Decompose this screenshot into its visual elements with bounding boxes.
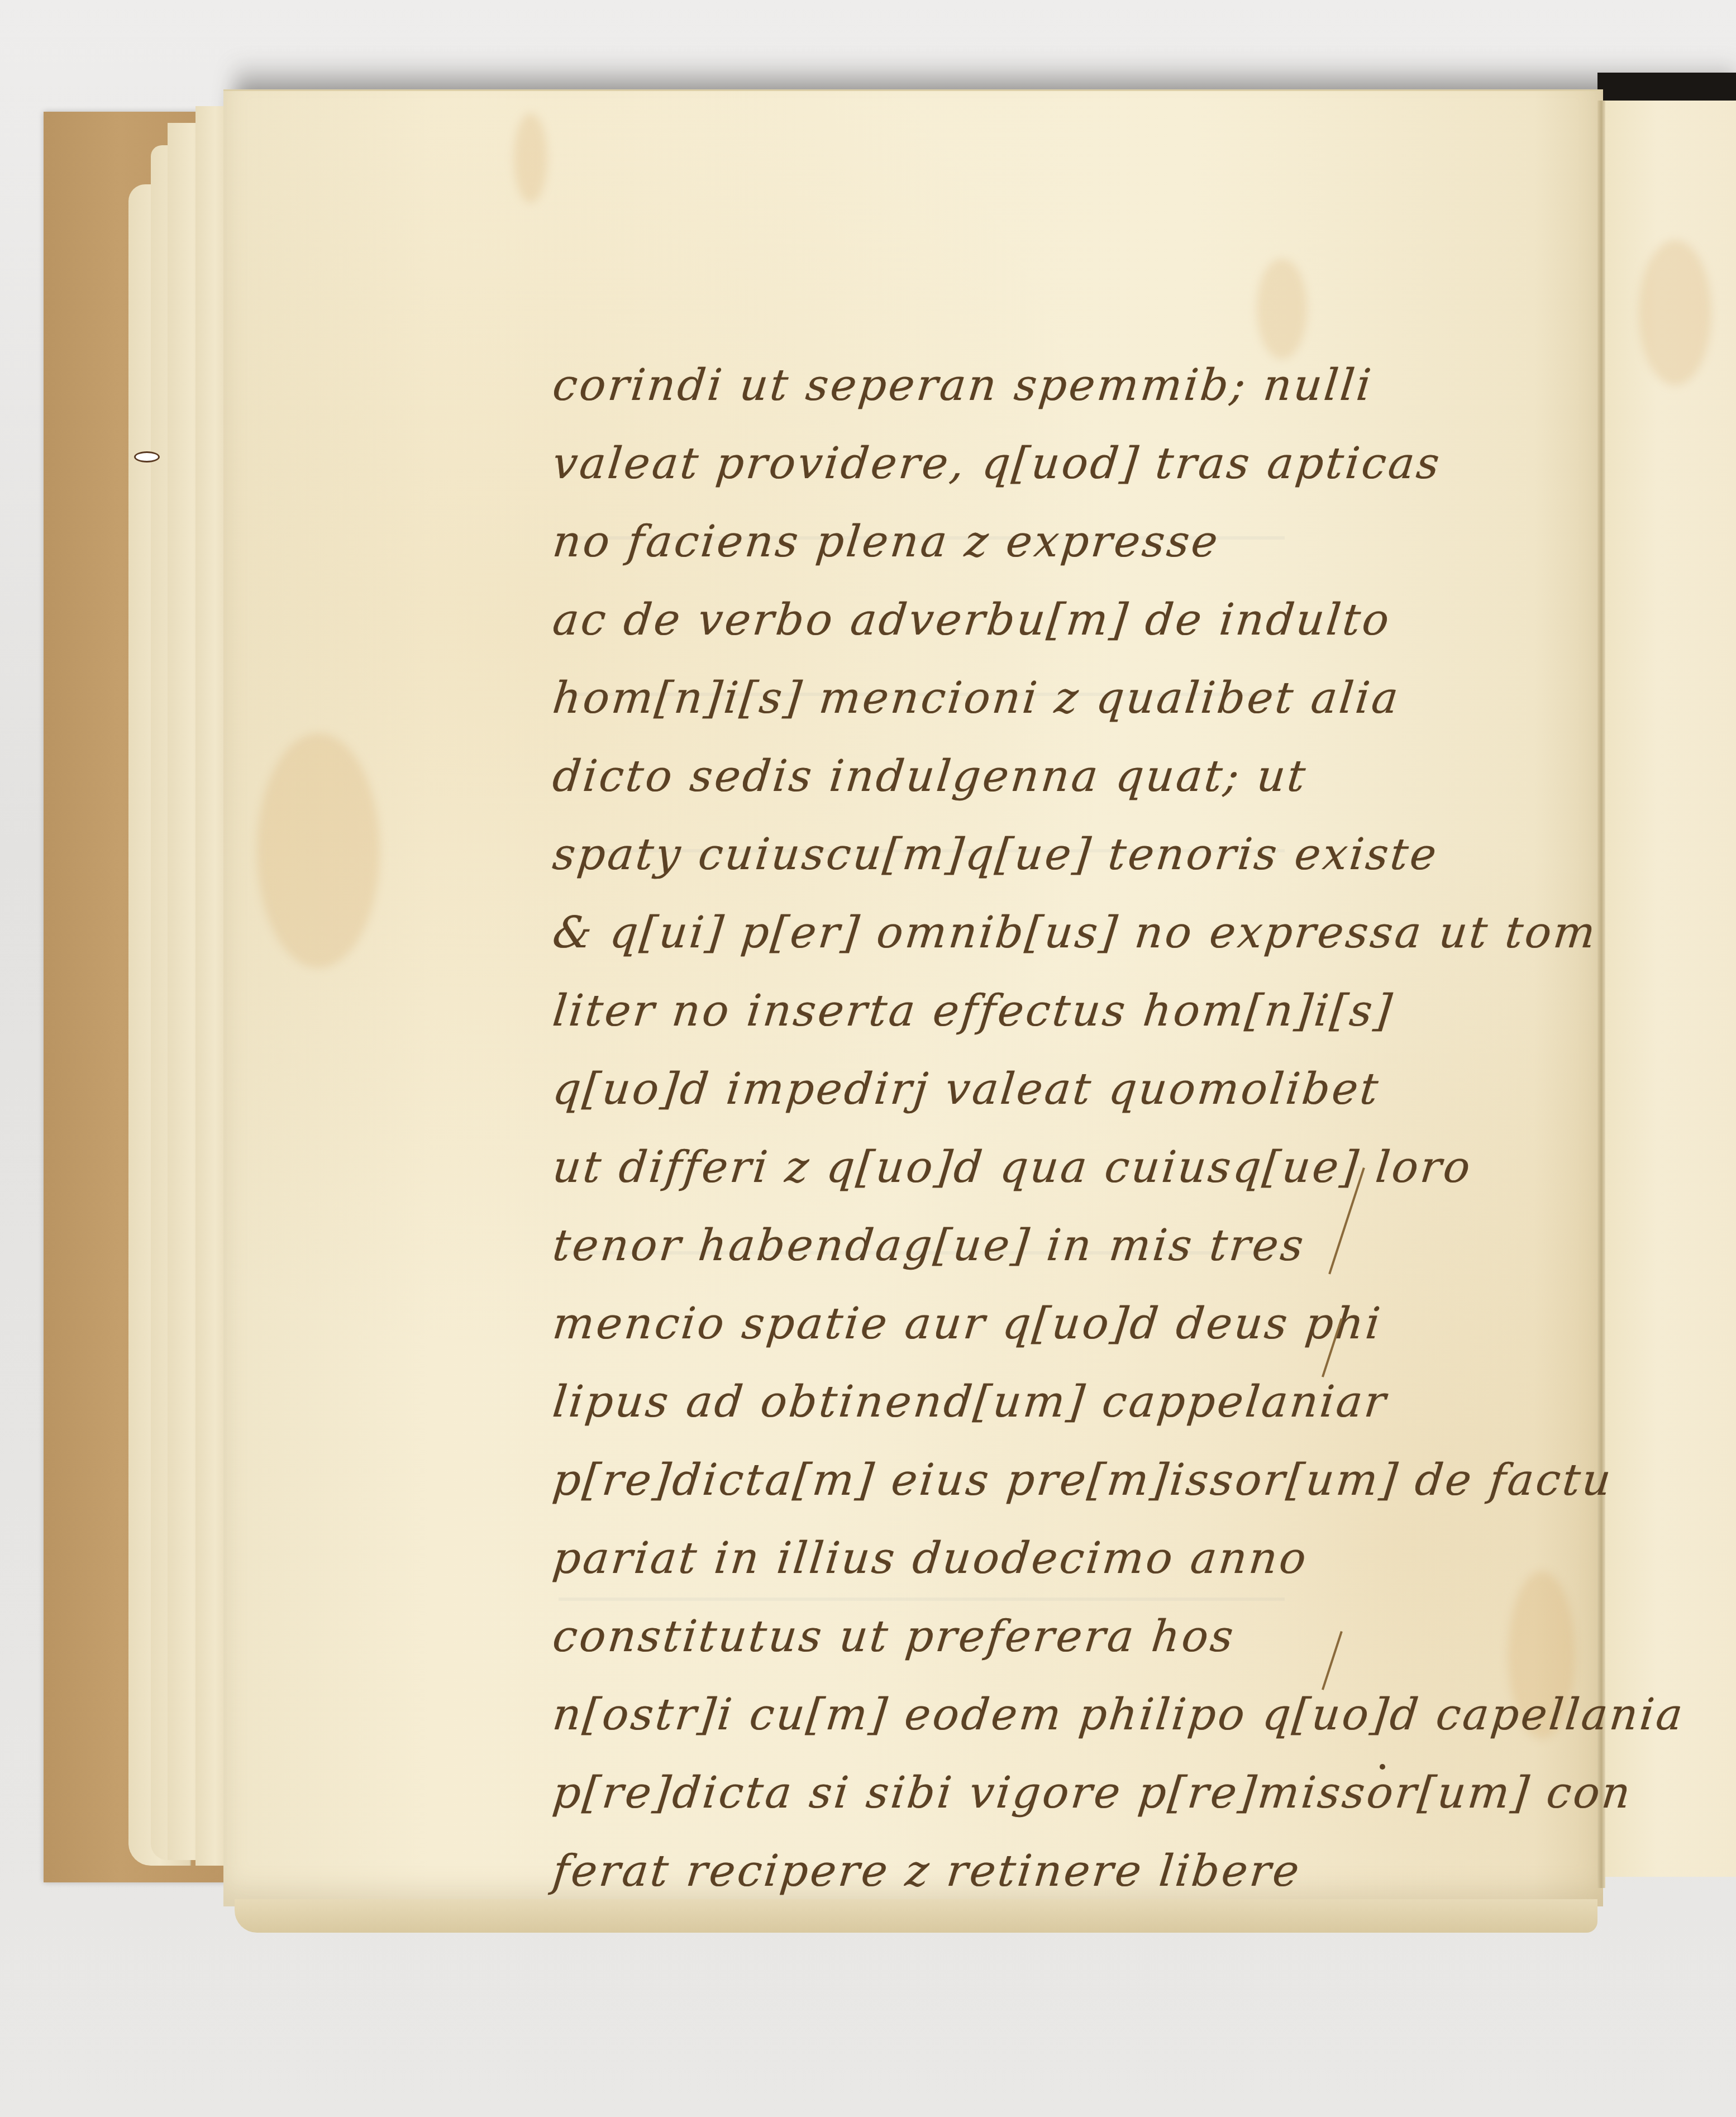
manuscript-line: hom[n]i[s] mencioni z qualibet alia [549, 659, 1451, 737]
manuscript-line: q[uo]d impedirj valeat quomolibet [549, 1050, 1451, 1128]
manuscript-line: liter no inserta effectus hom[n]i[s] [549, 972, 1451, 1050]
book-gutter [1597, 101, 1605, 1888]
manuscript-line: dicto sedis indulgenna quat; ut [549, 737, 1451, 816]
manuscript-line: ac de verbo adverbu[m] de indulto [549, 581, 1451, 659]
foxing-stain [1639, 240, 1711, 385]
foxing-stain [1257, 259, 1307, 359]
manuscript-line: lipus ad obtinend[um] cappelaniar [549, 1363, 1451, 1441]
manuscript-line: no faciens plena z expresse [549, 503, 1451, 581]
end-mark [1380, 1764, 1385, 1770]
book-spine-edge [1597, 73, 1736, 101]
manuscript-line: n[ostr]i cu[m] eodem philipo q[uo]d cape… [549, 1676, 1451, 1754]
facing-page-edge [1605, 101, 1736, 1877]
foxing-stain [257, 733, 380, 968]
manuscript-line: corindi ut seperan spemmib; nulli [549, 346, 1451, 425]
manuscript-line: mencio spatie aur q[uo]d deus phi [549, 1285, 1451, 1363]
manuscript-line: constitutus ut preferera hos [549, 1598, 1451, 1676]
manuscript-line: p[re]dicta si sibi vigore p[re]missor[um… [549, 1754, 1451, 1832]
manuscript-line: ferat recipere z retinere libere [549, 1832, 1451, 1910]
manuscript-line: p[re]dicta[m] eius pre[m]issor[um] de fa… [549, 1441, 1451, 1519]
manuscript-line: tenor habendag[ue] in mis tres [549, 1207, 1451, 1285]
manuscript-line: ut differi z q[uo]d qua cuiusq[ue] loro [549, 1128, 1451, 1207]
manuscript-line: & q[ui] p[er] omnib[us] no expressa ut t… [549, 894, 1451, 972]
foxing-stain [514, 113, 547, 203]
handwritten-text-block: corindi ut seperan spemmib; nulli valeat… [553, 346, 1447, 1910]
manuscript-line: valeat providere, q[uod] tras apticas [549, 425, 1451, 503]
manuscript-line: spaty cuiuscu[m]q[ue] tenoris existe [549, 816, 1451, 894]
scanned-manuscript-scene: corindi ut seperan spemmib; nulli valeat… [0, 0, 1736, 2117]
manuscript-line: pariat in illius duodecimo anno [549, 1519, 1451, 1598]
worm-hole [134, 451, 160, 463]
